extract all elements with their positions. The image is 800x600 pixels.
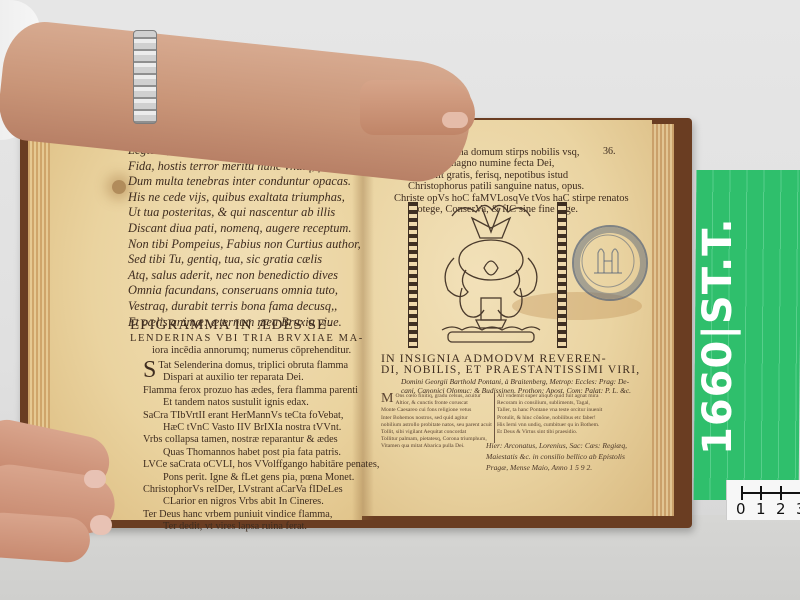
ruler-mark: 0 (736, 500, 746, 518)
finger (0, 511, 91, 564)
signature-line: Pragæ, Mense Maio, Anno 1 5 9 2. (486, 463, 627, 474)
verse-line: All vndemit super aliquo quid fuit agnat… (497, 393, 647, 400)
insignia-title: IN INSIGNIA ADMODVM REVEREN- (381, 352, 607, 364)
verse-line: Inter Bohemos nostros, sed quid agitur (381, 415, 501, 422)
epigram-line: ChristophorVs reIDer, LVstrant aCarVa fI… (143, 484, 363, 496)
fingernail (84, 470, 106, 488)
poem-line: Sed tibi Tu, gentiq, tua, sic gratia cæl… (128, 252, 353, 268)
metal-bracelet (133, 30, 157, 124)
reference-card-label: 1660|ST.T. (693, 255, 743, 455)
dedication-line: Domini Georgii Barthold Pontani, à Brait… (401, 377, 631, 386)
ornamental-border-right (557, 202, 567, 348)
epigram-line: CLarior en nigros Vrbs abit In Cineres. (143, 496, 363, 508)
drop-cap: M (381, 393, 393, 405)
signature-line: Hier: Arconatus, Lorenius, Sac: Cæs: Reg… (486, 441, 627, 452)
epigram-line: LVCe saCrata oCVLI, hos VVolffgango habi… (143, 459, 363, 471)
scale-ruler: 0 1 2 3 (726, 480, 800, 520)
epigram-title: EPIGRAMMA IN ÆDES SE- (130, 317, 360, 333)
ruler-tick (760, 486, 762, 500)
coat-of-arms-icon (432, 198, 550, 348)
epigram-line: Tat Selenderina domus, triplici obruta f… (158, 360, 348, 371)
fingernail (90, 515, 112, 535)
verse-line: Ons cœlo finitiq, gradu celsus, acuitur (395, 393, 480, 399)
insignia-title-2: DI, NOBILIS, ET PRAESTANTISSIMI VIRI, (381, 364, 640, 376)
epigram-line: Flamma ferox prozuo has ædes, fera flamm… (143, 385, 363, 397)
poem-line: Ut tua posteritas, & qui nascentur ab il… (128, 205, 353, 221)
poem-line: Atq, salus aderit, nec non benedictio di… (128, 268, 353, 284)
epigram-subtitle: LENDERINAS VBI TRIA BRVXIAE MA- (130, 333, 360, 345)
page-stain (112, 180, 126, 194)
poem-line: Dum multa tenebras inter conduntur opaca… (128, 174, 353, 190)
drop-cap: S (143, 360, 156, 380)
verse-line: Christophorus patili sanguine natus, opu… (394, 181, 634, 192)
epigram-line: Ter Deus hanc vrbem puniuit vindice flam… (143, 509, 363, 521)
signature-line: Maiestatis &c. in consilio bellico ab Ep… (486, 452, 627, 463)
library-stamp-icon (572, 225, 648, 301)
epigram-body: STat Selenderina domus, triplici obruta … (143, 360, 363, 534)
poem-line: Discant diua pati, nomenq, augere recept… (128, 221, 353, 237)
epigram-line: Quas Thomannos habet post pia fata patri… (143, 447, 363, 459)
poem-line: Non tibi Pompeius, Fabius non Curtius au… (128, 237, 353, 253)
verse-line: Taller, ta hanc Pontane vna teste orcitu… (497, 407, 647, 414)
verse-line: nobilium astrollo probitate natos, seu p… (381, 422, 501, 429)
thumbnail (442, 112, 468, 128)
author-signature: Hier: Arconatus, Lorenius, Sac: Cæs: Reg… (486, 441, 627, 473)
epigram-line: SaCra TIbVrtII erant HerMannVs teCta foV… (143, 410, 363, 422)
poem-line: Vestraq, durabit terris bona fama decusq… (128, 299, 353, 315)
ruler-tick (780, 486, 782, 500)
epigram-line: Pons perit. Igne & fLet gens pia, pœna M… (143, 472, 363, 484)
verse-line: Monte Caesareo cui fons religione vetus (381, 407, 501, 414)
ruler-mark: 3 (796, 500, 800, 518)
epigram-line: Dispari at auxilio ter reparata Dei. (143, 372, 363, 384)
poem-line: His ne cede vijs, quibus exaltata triump… (128, 190, 353, 206)
epigram-subtitle-2: iora incēdia annorumq; numerus cōprehend… (152, 345, 351, 356)
column-divider (494, 393, 495, 443)
epigram-line: Vrbs collapsa tamen, nostræ reparantur &… (143, 434, 363, 446)
right-page-edges (652, 124, 674, 516)
ruler-tick (741, 486, 743, 500)
epigram-line: Et tandem natos sustulit ignis edax. (143, 397, 363, 409)
ruler-line (741, 492, 800, 494)
insignia-verse-right: All vndemit super aliquo quid fuit agnat… (497, 393, 647, 436)
verse-line: Tollitur palmam, pietatesq, Corona trium… (381, 436, 501, 443)
verse-line: Et Deus & Virtus sint tibi praesidio. (497, 429, 647, 436)
epigram-line: HæC tVnC Vasto IIV BrIXIa nostra tVVnt. (143, 422, 363, 434)
verse-line: Protulit, & hinc cōnōne, nobilibus etc f… (497, 415, 647, 422)
insignia-verse-left: MOns cœlo finitiq, gradu celsus, acuitur… (381, 393, 501, 451)
epigram-line: Ter dedit, vt vires lapsa ruina ferat. (143, 521, 363, 533)
poem-line: Omnia facundans, conseruans omnia tuto, (128, 283, 353, 299)
ornamental-border-left (408, 202, 418, 348)
ruler-mark: 2 (776, 500, 786, 518)
verse-line: Tollit, sibi vigilant Aequitat concordat (381, 429, 501, 436)
verse-line: Recoram in consilium, subliments, Tagal, (497, 400, 647, 407)
verse-line: Vitamen qua mitat Abarica pulla Dei. (381, 443, 501, 450)
ruler-mark: 1 (756, 500, 766, 518)
verse-line: His Ierni vnn undiq, cumbituer qu in Bot… (497, 422, 647, 429)
